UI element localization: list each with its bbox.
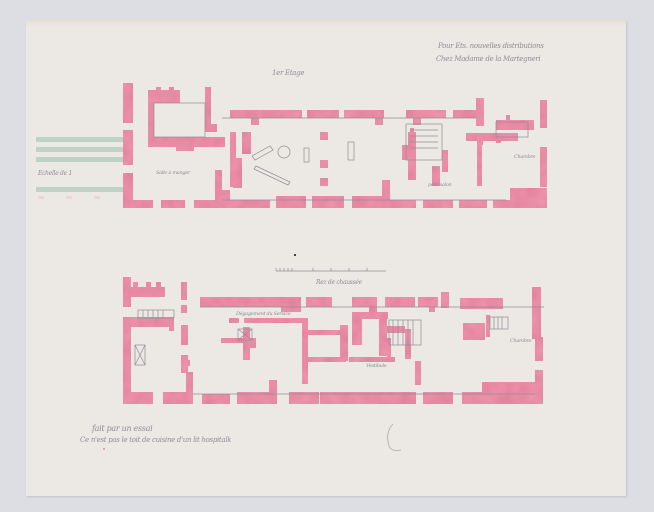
annotation-top-right-2: Chez Madame de la Martegneri (436, 55, 540, 63)
annotation-top-right-1: Pour Ets. nouvelles distributions (438, 42, 544, 50)
drawing-sheet: Pour Ets. nouvelles distributions Chez M… (26, 20, 626, 496)
pencil-mark (388, 424, 401, 451)
room-label: Dégagement du Service (236, 311, 291, 317)
scale-bar (276, 268, 386, 271)
annotation-bottom-left-2: Ce n'est pas le toit de cuisine d'un lit… (80, 436, 231, 444)
room-label: petit salon (428, 182, 451, 188)
legend-caption: Echelle de 1 (38, 170, 72, 177)
lower-plan-walls (123, 277, 543, 404)
upper-plan-label: 1er Etage (272, 69, 304, 77)
room-label: Chambre (510, 338, 531, 344)
annotation-bottom-left-1: fait par un essai (92, 424, 152, 433)
upper-plan-walls (123, 83, 547, 208)
green-legend-bars (36, 137, 124, 192)
pin-mark (294, 254, 296, 256)
lower-plan-label: Rez de chaussée (316, 279, 362, 286)
lower-plan-pencil (135, 307, 544, 394)
room-label: Chambre (514, 154, 535, 160)
room-label: Vestibule (366, 363, 387, 369)
room-label: Salle à manger (156, 170, 190, 176)
